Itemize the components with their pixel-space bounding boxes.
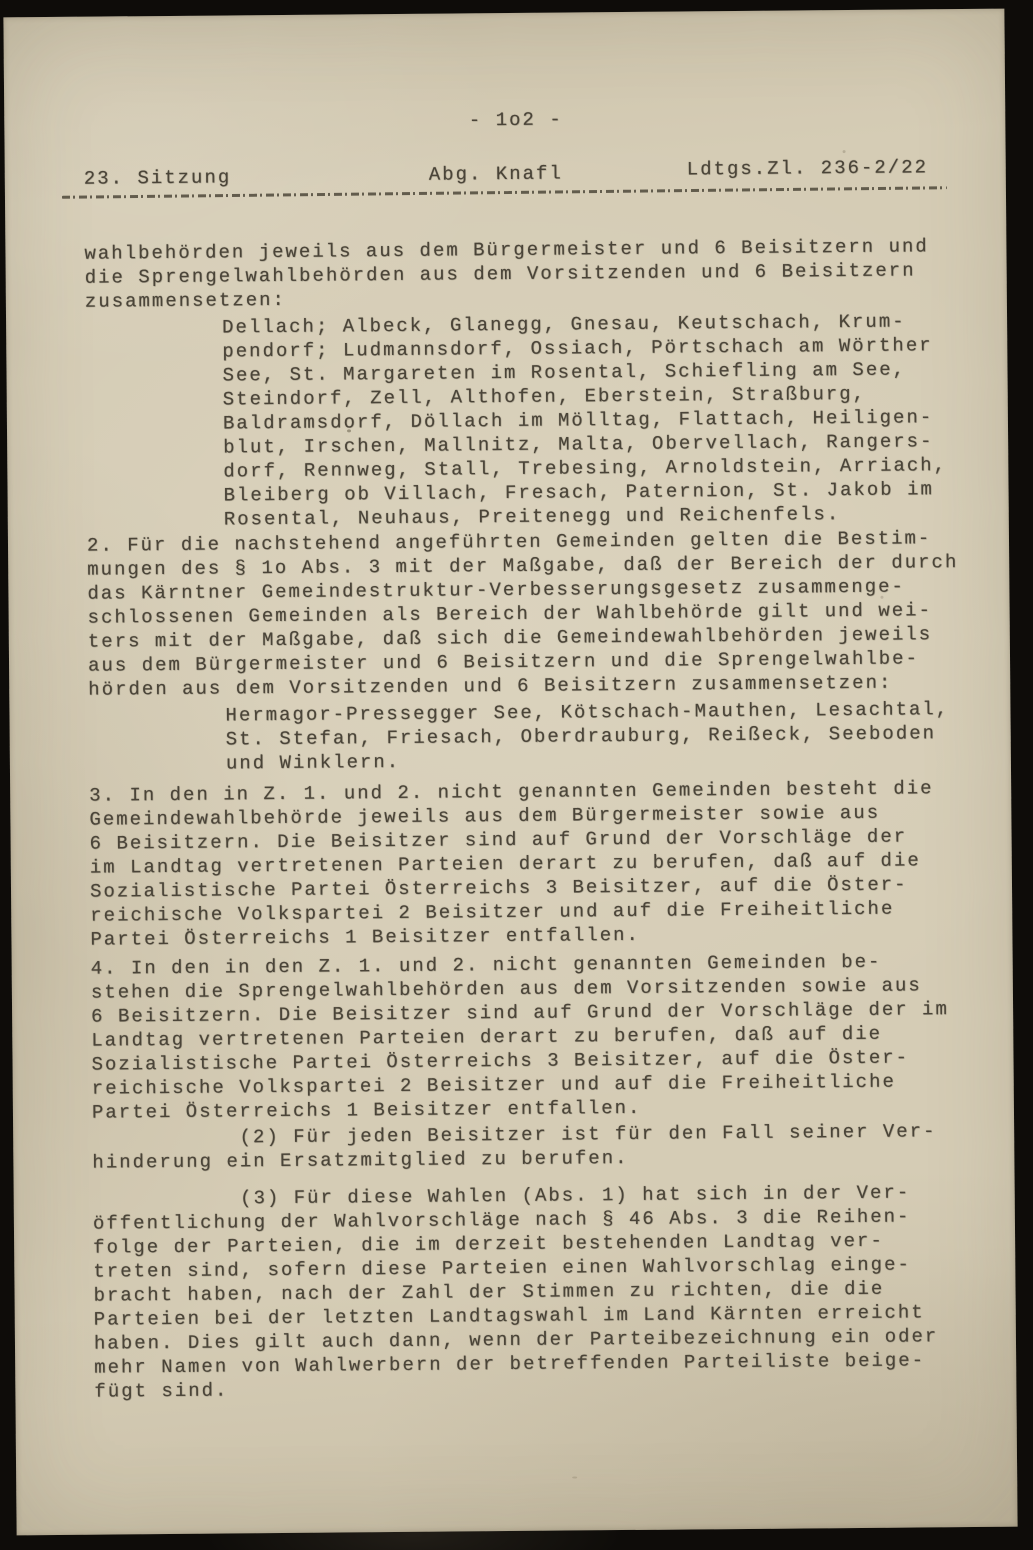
document-page: - 1o2 - 23. Sitzung Abg. Knafl Ldtgs.Zl.… <box>3 9 1017 1536</box>
paragraph-absatz-3: (3) Für diese Wahlen (Abs. 1) hat sich i… <box>93 1180 939 1403</box>
paragraph-absatz-2: (2) Für jeden Beisitzer ist für den Fall… <box>92 1119 937 1174</box>
paragraph-continuation: wahlbehörden jeweils aus dem Bürgermeist… <box>84 234 929 313</box>
paper-speck <box>843 150 846 153</box>
scanned-document: - 1o2 - 23. Sitzung Abg. Knafl Ldtgs.Zl.… <box>0 0 1033 1550</box>
document-reference: Ldtgs.Zl. 236-2/22 <box>687 155 928 181</box>
deputy-name: Abg. Knafl <box>429 162 563 187</box>
paper-speck <box>347 429 351 432</box>
page-number: - 1o2 - <box>4 104 1005 137</box>
paragraph-item-3: 3. In den in Z. 1. und 2. nicht genannte… <box>89 776 935 951</box>
paragraph-item-2: 2. Für die nachstehend angeführten Gemei… <box>87 526 960 702</box>
municipality-list-primary: Dellach; Albeck, Glanegg, Gnesau, Keutsc… <box>222 309 948 531</box>
paragraph-item-4: 4. In den in den Z. 1. und 2. nicht gena… <box>91 949 950 1124</box>
session-label: 23. Sitzung <box>84 165 232 190</box>
paper-speck <box>572 1476 577 1478</box>
paper-speck <box>880 596 883 599</box>
municipality-list-secondary: Hermagor-Pressegger See, Kötschach-Mauth… <box>225 697 949 775</box>
